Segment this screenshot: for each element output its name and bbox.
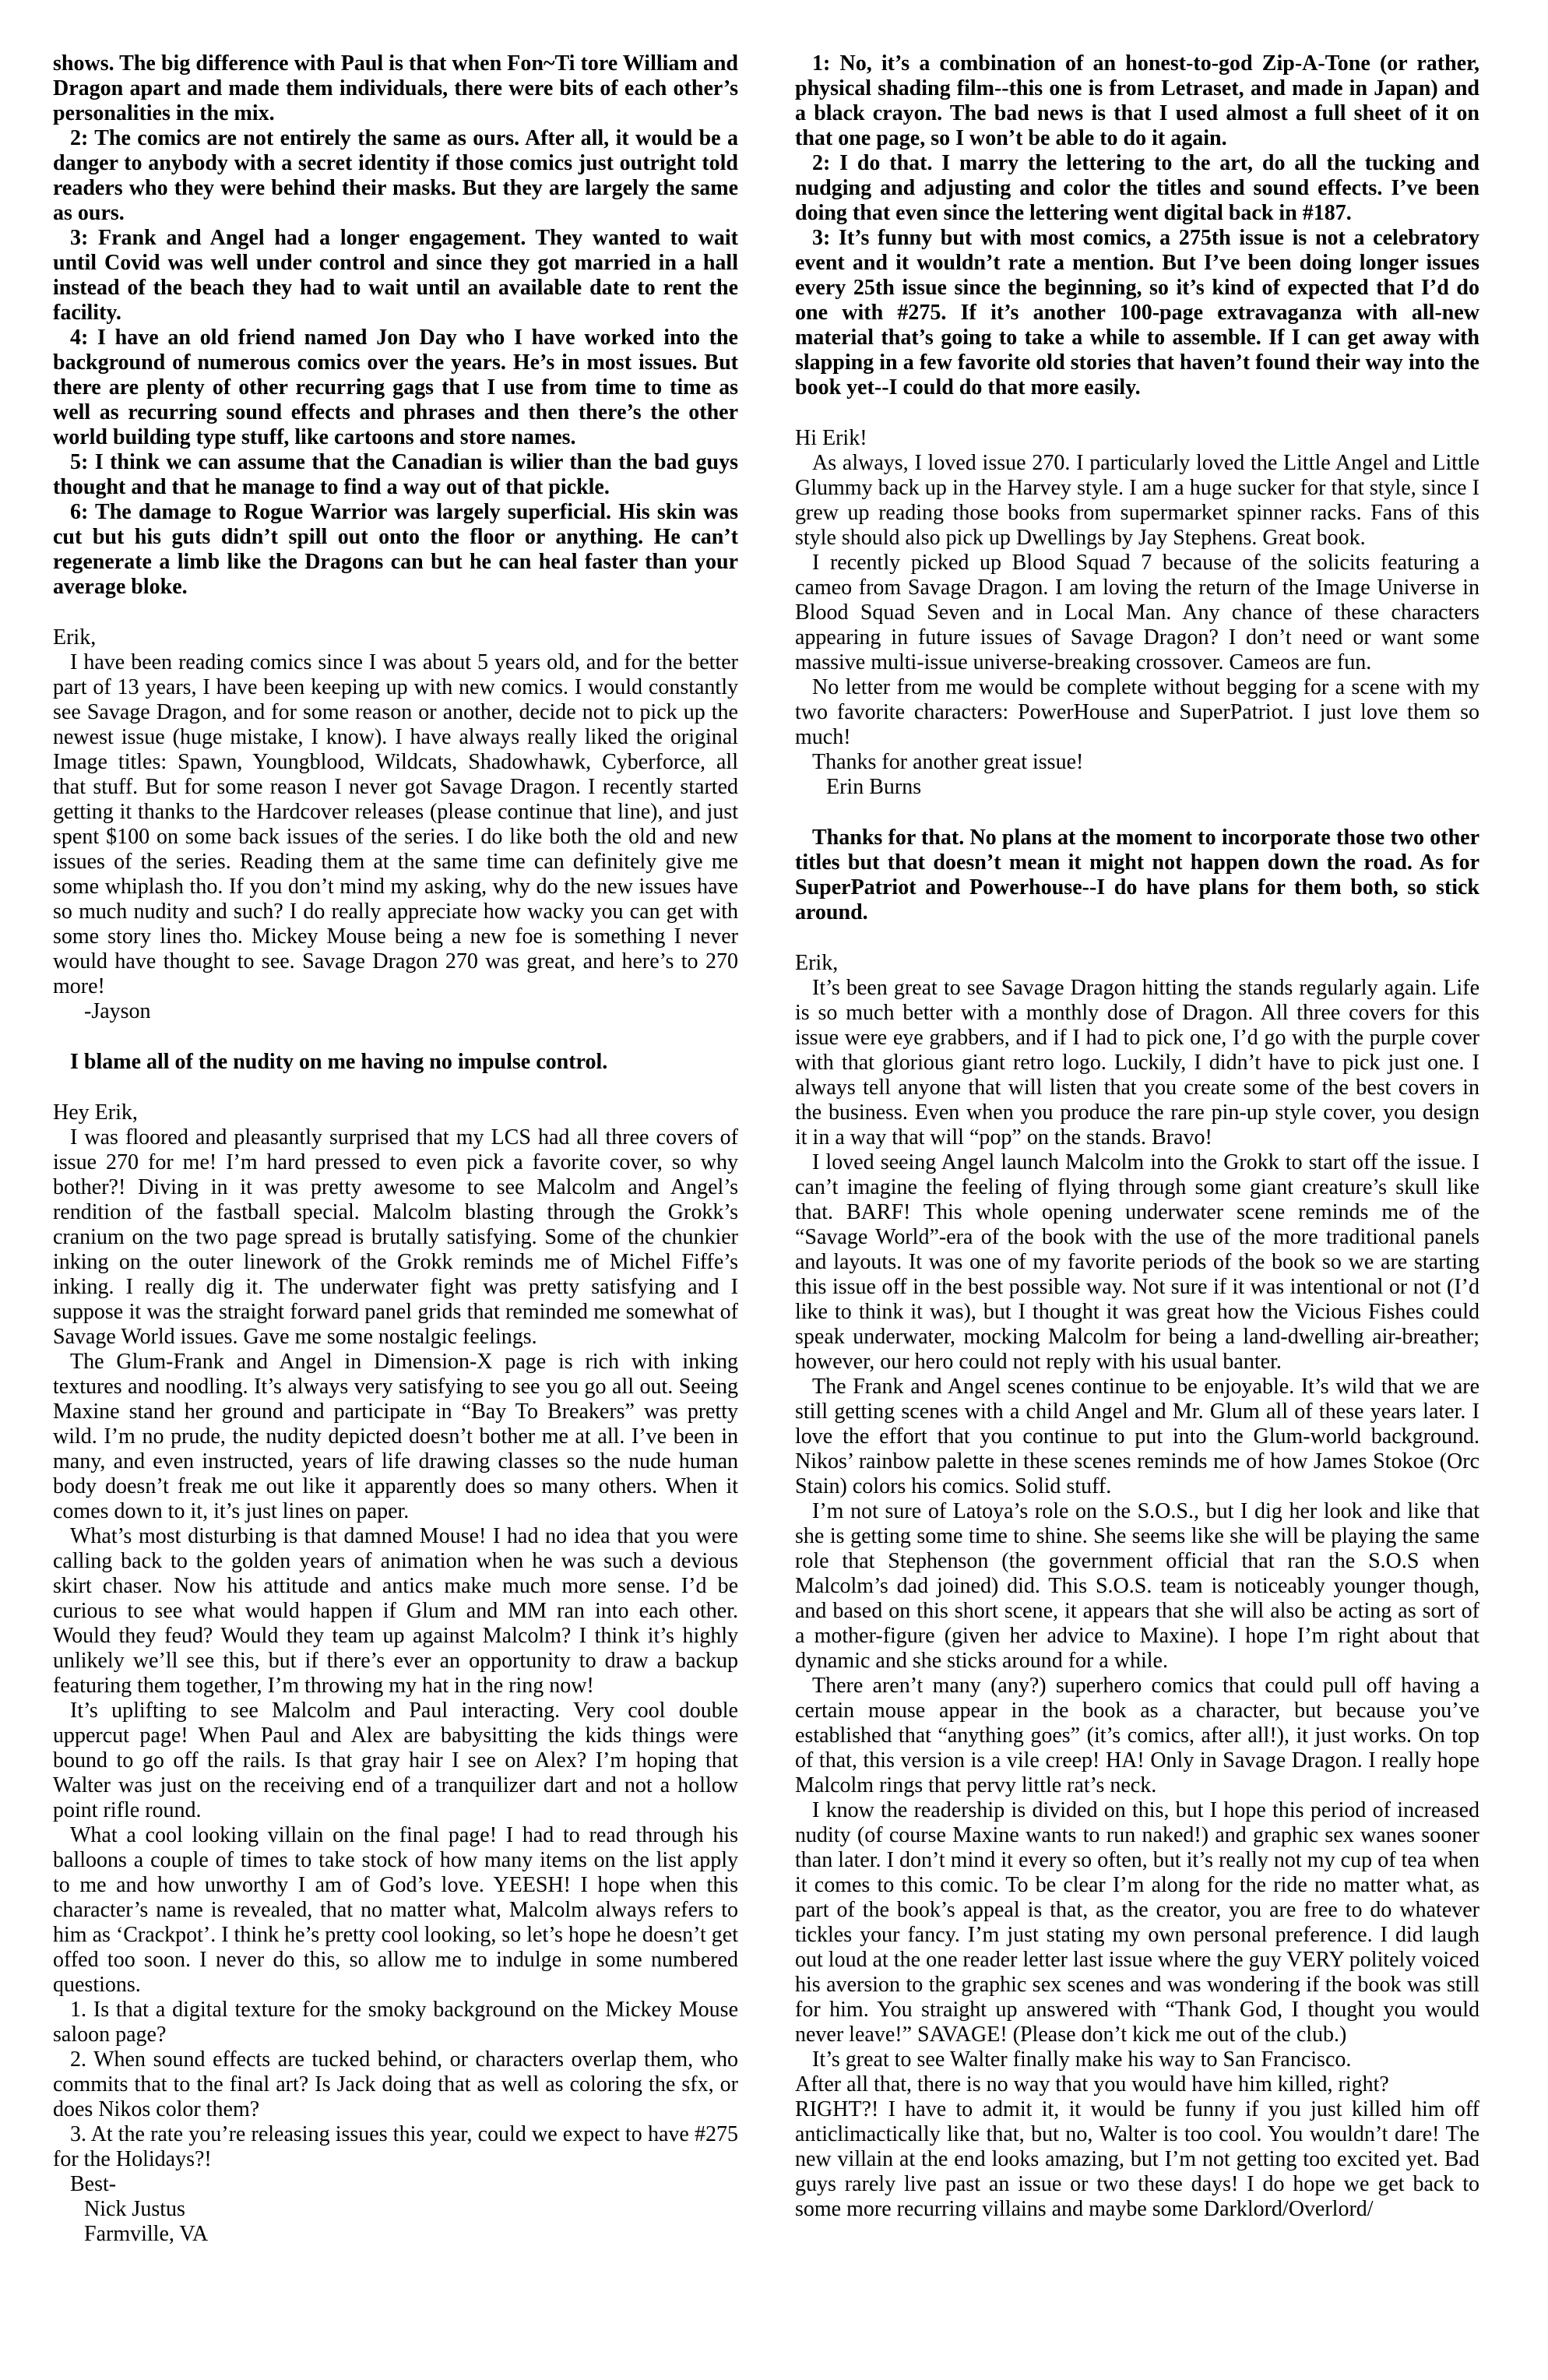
paragraph: Nick Justus	[53, 2197, 738, 2222]
paragraph: What a cool looking villain on the final…	[53, 1823, 738, 1998]
paragraph: I recently picked up Blood Squad 7 becau…	[795, 551, 1479, 675]
paragraph: Hi Erik!	[795, 426, 1479, 451]
paragraph: I have been reading comics since I was a…	[53, 650, 738, 999]
paragraph: I was floored and pleasantly surprised t…	[53, 1125, 738, 1350]
paragraph: Erik,	[795, 951, 1479, 976]
letters-page: shows. The big difference with Paul is t…	[0, 0, 1548, 2380]
paragraph: It’s been great to see Savage Dragon hit…	[795, 976, 1479, 1150]
paragraph: No letter from me would be complete with…	[795, 675, 1479, 750]
paragraph: RIGHT?! I have to admit it, it would be …	[795, 2097, 1479, 2222]
paragraph: As always, I loved issue 270. I particul…	[795, 451, 1479, 551]
paragraph: 1: No, it’s a combination of an honest-t…	[795, 51, 1479, 151]
paragraph: 5: I think we can assume that the Canadi…	[53, 450, 738, 500]
editor-response-block: Thanks for that. No plans at the moment …	[795, 826, 1479, 925]
paragraph: I know the readership is divided on this…	[795, 1798, 1479, 2047]
paragraph: The Glum-Frank and Angel in Dimension-X …	[53, 1350, 738, 1524]
paragraph: Erin Burns	[795, 775, 1479, 800]
paragraph: Hey Erik,	[53, 1100, 738, 1125]
paragraph: I’m not sure of Latoya’s role on the S.O…	[795, 1499, 1479, 1674]
left-column: shows. The big difference with Paul is t…	[53, 51, 738, 2247]
paragraph: shows. The big difference with Paul is t…	[53, 51, 738, 126]
editor-response-block: 1: No, it’s a combination of an honest-t…	[795, 51, 1479, 400]
paragraph: After all that, there is no way that you…	[795, 2072, 1479, 2097]
paragraph: I blame all of the nudity on me having n…	[53, 1050, 738, 1075]
paragraph: Best-	[53, 2172, 738, 2197]
paragraph: 4: I have an old friend named Jon Day wh…	[53, 326, 738, 450]
paragraph: There aren’t many (any?) superhero comic…	[795, 1674, 1479, 1798]
paragraph: What’s most disturbing is that damned Mo…	[53, 1524, 738, 1699]
paragraph: Thanks for another great issue!	[795, 750, 1479, 775]
paragraph: 6: The damage to Rogue Warrior was large…	[53, 500, 738, 600]
reader-letter-block: Erik,It’s been great to see Savage Drago…	[795, 951, 1479, 2222]
paragraph: I loved seeing Angel launch Malcolm into…	[795, 1150, 1479, 1375]
paragraph: 3: It’s funny but with most comics, a 27…	[795, 226, 1479, 400]
editor-response-block: shows. The big difference with Paul is t…	[53, 51, 738, 600]
paragraph: 2: The comics are not entirely the same …	[53, 126, 738, 226]
paragraph: 2. When sound effects are tucked behind,…	[53, 2047, 738, 2122]
paragraph: 3: Frank and Angel had a longer engageme…	[53, 226, 738, 326]
paragraph: 3. At the rate you’re releasing issues t…	[53, 2122, 738, 2172]
paragraph: 1. Is that a digital texture for the smo…	[53, 1998, 738, 2047]
paragraph: -Jayson	[53, 999, 738, 1024]
paragraph: It’s uplifting to see Malcolm and Paul i…	[53, 1699, 738, 1823]
paragraph: Farmville, VA	[53, 2222, 738, 2247]
paragraph: 2: I do that. I marry the lettering to t…	[795, 151, 1479, 226]
reader-letter-block: Erik,I have been reading comics since I …	[53, 625, 738, 1024]
reader-letter-block: Hi Erik!As always, I loved issue 270. I …	[795, 426, 1479, 800]
paragraph: Erik,	[53, 625, 738, 650]
paragraph: It’s great to see Walter finally make hi…	[795, 2047, 1479, 2072]
right-column: 1: No, it’s a combination of an honest-t…	[795, 51, 1479, 2222]
reader-letter-block: Hey Erik,I was floored and pleasantly su…	[53, 1100, 738, 2247]
paragraph: Thanks for that. No plans at the moment …	[795, 826, 1479, 925]
editor-response-block: I blame all of the nudity on me having n…	[53, 1050, 738, 1075]
paragraph: The Frank and Angel scenes continue to b…	[795, 1375, 1479, 1499]
